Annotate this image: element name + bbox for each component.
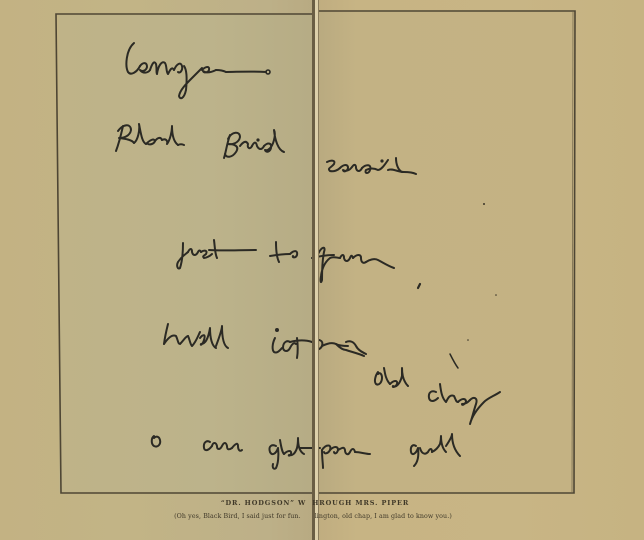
handwriting-line-4 xyxy=(164,324,366,358)
book-spread: Oh yes Black Bird said just for fun. Wel… xyxy=(0,0,644,540)
handwriting-line-5 xyxy=(375,354,500,424)
caption-title-right: HROUGH MRS. PIPER xyxy=(312,499,409,507)
caption-subtitle: (Oh yes, Black Bird, I said just for fun… xyxy=(0,513,626,520)
caption-subtitle-right: lington, old chap, I am glad to know you… xyxy=(315,513,452,520)
handwriting-line-2b xyxy=(327,158,416,174)
caption-title-left: “DR. HODGSON” W xyxy=(221,499,306,507)
handwriting-line-6 xyxy=(152,434,460,469)
handwriting-line-2 xyxy=(116,124,284,158)
book-gutter-edge xyxy=(318,0,319,540)
handwriting-line-3 xyxy=(177,240,420,288)
caption-title: “DR. HODGSON” WHROUGH MRS. PIPER xyxy=(0,499,630,507)
handwriting xyxy=(0,0,644,540)
caption-subtitle-left: (Oh yes, Black Bird, I said just for fun… xyxy=(174,513,301,520)
handwriting-line-1 xyxy=(126,43,270,98)
